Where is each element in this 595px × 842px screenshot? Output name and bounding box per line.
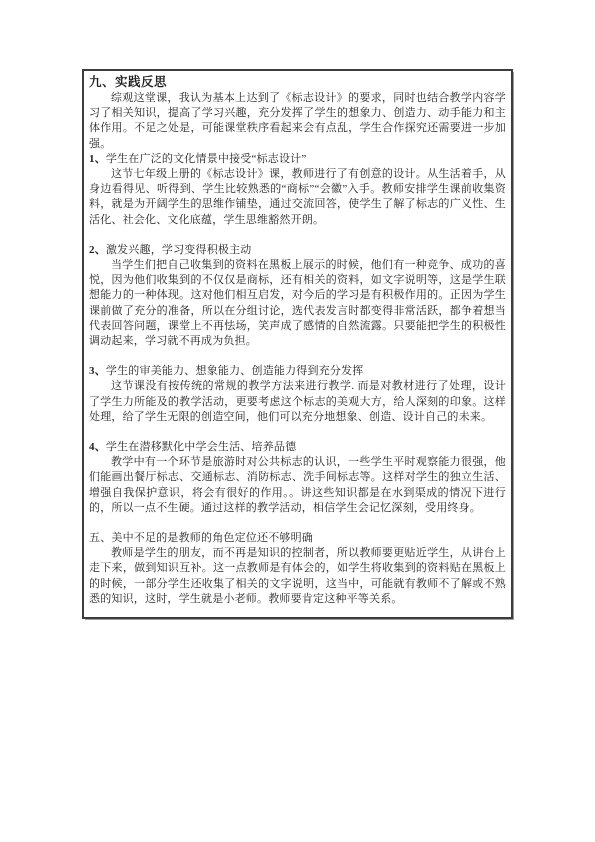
section-1: 1、学生在广泛的文化情景中接受“标志设计” 这节七年级上册的《标志设计》课，教师… (89, 152, 506, 228)
section-3-heading: 3、学生的审美能力、想象能力、创造能力得到充分发挥 (89, 364, 506, 379)
document-page: 九、实践反思 综观这堂课，我认为基本上达到了《标志设计》的要求，同时也结合教学内… (0, 0, 595, 842)
section-3-paragraph: 这节课没有按传统的常规的教学方法来进行教学. 而是对教材进行了处理，设计了学生力… (89, 379, 506, 425)
section-1-heading: 1、学生在广泛的文化情景中接受“标志设计” (89, 152, 506, 167)
section-4-paragraph: 教学中有一个环节是旅游时对公共标志的认识，一些学生平时观察能力很强，他们能画出餐… (89, 455, 506, 516)
section-5: 五、美中不足的是教师的角色定位还不够明确 教师是学生的朋友，而不再是知识的控制者… (89, 531, 506, 607)
section-3-number: 3、 (89, 365, 106, 377)
section-2-heading-text: 激发兴趣，学习变得积极主动 (106, 244, 252, 256)
section-title: 九、实践反思 (89, 74, 506, 91)
section-4-heading: 4、学生在潜移默化中学会生活、培养品德 (89, 440, 506, 455)
reflection-table-cell: 九、实践反思 综观这堂课，我认为基本上达到了《标志设计》的要求，同时也结合教学内… (82, 69, 513, 619)
section-2-paragraph: 当学生们把自己收集到的资料在黑板上展示的时候，他们有一种竞争、成功的喜悦，因为他… (89, 258, 506, 349)
section-3: 3、学生的审美能力、想象能力、创造能力得到充分发挥 这节课没有按传统的常规的教学… (89, 364, 506, 425)
intro-paragraph: 综观这堂课，我认为基本上达到了《标志设计》的要求，同时也结合教学内容学习了相关知… (89, 91, 506, 152)
section-5-paragraph: 教师是学生的朋友，而不再是知识的控制者，所以教师要更贴近学生，从讲台上走下来，做… (89, 546, 506, 607)
section-5-heading-text: 美中不足的是教师的角色定位还不够明确 (111, 532, 313, 544)
section-1-heading-text: 学生在广泛的文化情景中接受“标志设计” (106, 153, 307, 165)
section-2: 2、激发兴趣，学习变得积极主动 当学生们把自己收集到的资料在黑板上展示的时候，他… (89, 243, 506, 349)
section-2-heading: 2、激发兴趣，学习变得积极主动 (89, 243, 506, 258)
section-5-number: 五、 (89, 532, 111, 544)
section-4: 4、学生在潜移默化中学会生活、培养品德 教学中有一个环节是旅游时对公共标志的认识… (89, 440, 506, 516)
section-3-heading-text: 学生的审美能力、想象能力、创造能力得到充分发挥 (106, 365, 364, 377)
section-2-number: 2、 (89, 244, 106, 256)
section-5-heading: 五、美中不足的是教师的角色定位还不够明确 (89, 531, 506, 546)
section-4-number: 4、 (89, 441, 106, 453)
section-4-heading-text: 学生在潜移默化中学会生活、培养品德 (106, 441, 296, 453)
section-1-paragraph: 这节七年级上册的《标志设计》课，教师进行了有创意的设计。从生活着手，从身边看得见… (89, 167, 506, 228)
section-1-number: 1、 (89, 153, 106, 165)
